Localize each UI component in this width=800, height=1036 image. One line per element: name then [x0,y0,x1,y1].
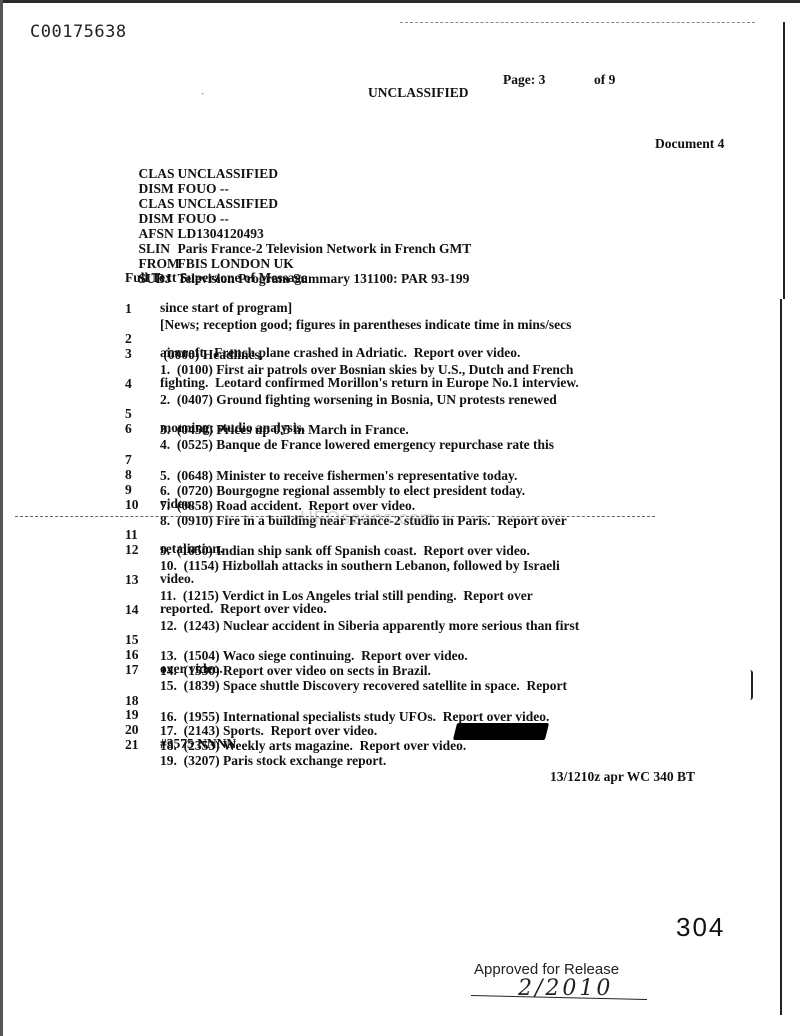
line-continuation: #3575 NNNN [160,736,236,752]
header-field-dism: DISMFOUO -- [125,165,229,180]
line-continuation: since start of program] [160,300,292,316]
scan-left-edge [0,0,3,1036]
message-line: 16 14. (1530) Report over video on sects… [125,631,139,646]
line-text: 10. (1154) Hizbollah attacks in southern… [160,558,560,574]
margin-bracket-mark [745,670,753,700]
line-continuation: retaliation. [160,541,223,557]
line-text: [News; reception good; figures in parent… [160,317,571,333]
header-field-dism: DISMFOUO -- [125,195,229,210]
line-continuation: reported. Report over video. [160,601,327,617]
page-total: of 9 [594,72,615,88]
message-line: 18 16. (1955) International specialists … [125,677,139,692]
line-continuation: video. [160,571,194,587]
header-field-from: FROMFBIS LONDON UK [125,240,294,255]
line-text: 2. (0407) Ground fighting worsening in B… [160,392,557,408]
header-field-slin: SLINParis France-2 Television Network in… [125,225,471,240]
frame-border-right-lower [780,299,782,1015]
message-line: 8 6. (0720) Bourgogne regional assembly … [125,451,139,466]
document-number: Document 4 [655,136,724,152]
scan-top-edge [0,0,800,3]
line-text: 12. (1243) Nuclear accident in Siberia a… [160,618,579,634]
line-continuation: video. [160,496,194,512]
classification-banner: UNCLASSIFIED [368,85,469,101]
line-text-after-redaction: 13/1210z apr WC 340 BT [550,769,695,785]
message-line: 21 19. (3207) Paris stock exchange repor… [125,721,139,736]
line-continuation: over video. [160,661,223,677]
line-text: 15. (1839) Space shuttle Discovery recov… [160,678,567,694]
line-text: 19. (3207) Paris stock exchange report. [160,753,386,769]
header-field-clas: CLASUNCLASSIFIED [125,180,278,195]
message-line: 7 5. (0648) Minister to receive fisherme… [125,436,139,451]
message-line: 14 12. (1243) Nuclear accident in Siberi… [125,586,139,601]
handwritten-page-number: 304 [676,912,725,943]
message-line: 1 [News; reception good; figures in pare… [125,285,139,300]
line-text: 5. (0648) Minister to receive fishermen'… [160,468,517,484]
document-id: C00175638 [30,22,127,42]
document-page: C00175638 Page: 3 of 9 ˎ UNCLASSIFIED Do… [0,0,800,1036]
message-line: 9 7. (0858) Road accident. Report over v… [125,466,139,481]
message-line: 2 (0000) Headlines. [125,315,139,330]
line-continuation: morning; studio analysis. [160,420,305,436]
redaction-block [453,723,549,740]
page-number: Page: 3 [503,72,545,88]
line-continuation: aircraft. French plane crashed in Adriat… [160,345,520,361]
message-line: 12 10. (1154) Hizbollah attacks in south… [125,526,139,541]
message-line: 3 1. (0100) First air patrols over Bosni… [125,330,139,345]
line-number: 17 [125,662,155,678]
header-field-clas: CLASUNCLASSIFIED [125,150,278,165]
watermark: UFOscans.com [300,508,436,529]
message-line: 19 17. (2143) Sports. Report over video. [125,691,139,706]
header-field-afsn: AFSNLD1304120493 [125,210,264,225]
full-text-label: Full Text Superzone of Message [125,270,307,285]
line-number: 6 [125,421,155,437]
message-line: 11 9. (1050) Indian ship sank off Spanis… [125,511,139,526]
frame-border-top [400,22,755,23]
line-text: 6. (0720) Bourgogne regional assembly to… [160,483,525,499]
stray-mark: ˎ [201,84,204,95]
frame-border-right [783,22,785,299]
line-text: 4. (0525) Banque de France lowered emerg… [160,437,554,453]
line-number: 21 [125,737,155,753]
message-line: 20 18. (2353) Weekly arts magazine. Repo… [125,706,139,721]
line-continuation: fighting. Leotard confirmed Morillon's r… [160,375,579,391]
message-line: 6 4. (0525) Banque de France lowered eme… [125,405,139,420]
message-line: 5 3. (0450) Prices up 0.5 in March in Fr… [125,390,139,405]
message-line: 13 11. (1215) Verdict in Los Angeles tri… [125,556,139,571]
message-line: 10 8. (0910) Fire in a building near Fra… [125,481,139,496]
message-line: 4 2. (0407) Ground fighting worsening in… [125,360,139,375]
message-line: 15 13. (1504) Waco siege continuing. Rep… [125,616,139,631]
message-line: 17 15. (1839) Space shuttle Discovery re… [125,646,139,661]
header-field-subj: SUBJTelevision Program Summary 131100: P… [125,255,469,270]
